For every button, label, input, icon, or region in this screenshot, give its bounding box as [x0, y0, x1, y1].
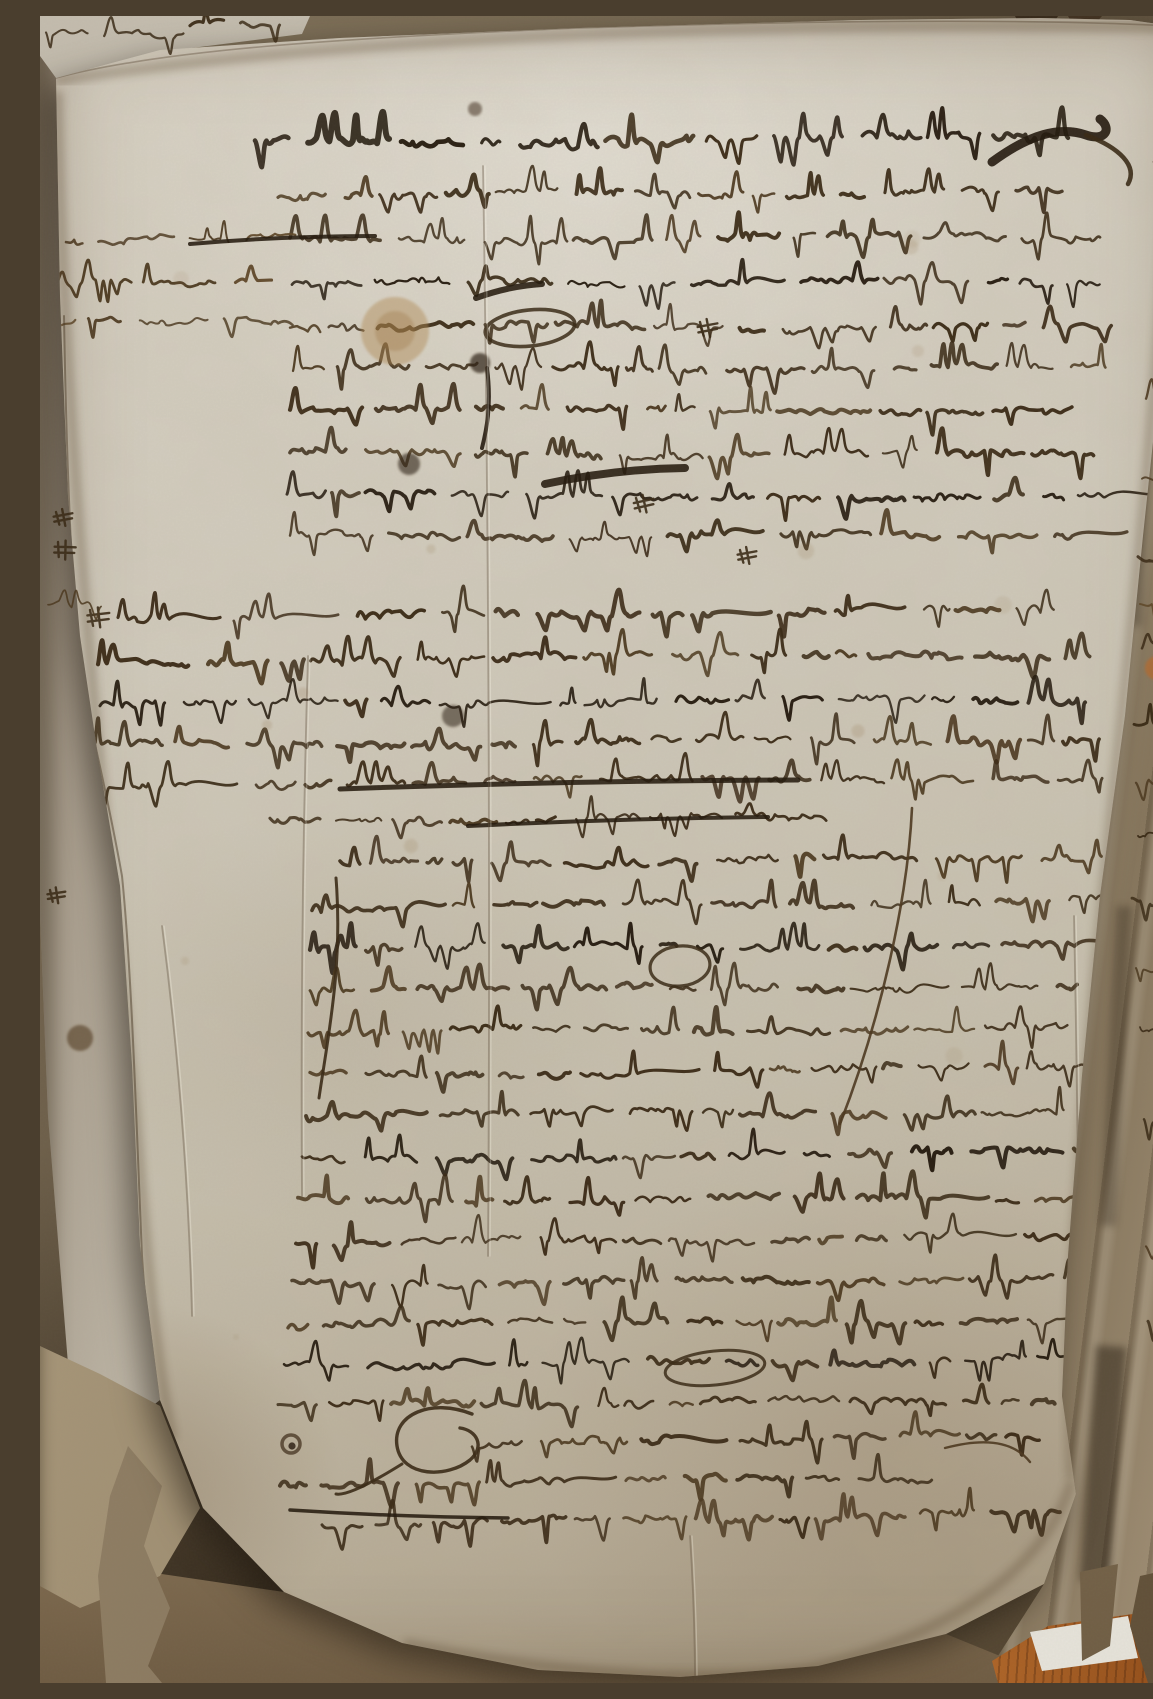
manuscript-page-wrap — [40, 16, 1153, 1683]
manuscript-photo: Photograph of an aged manuscript page de… — [40, 16, 1153, 1683]
manuscript-page — [40, 16, 1153, 1683]
